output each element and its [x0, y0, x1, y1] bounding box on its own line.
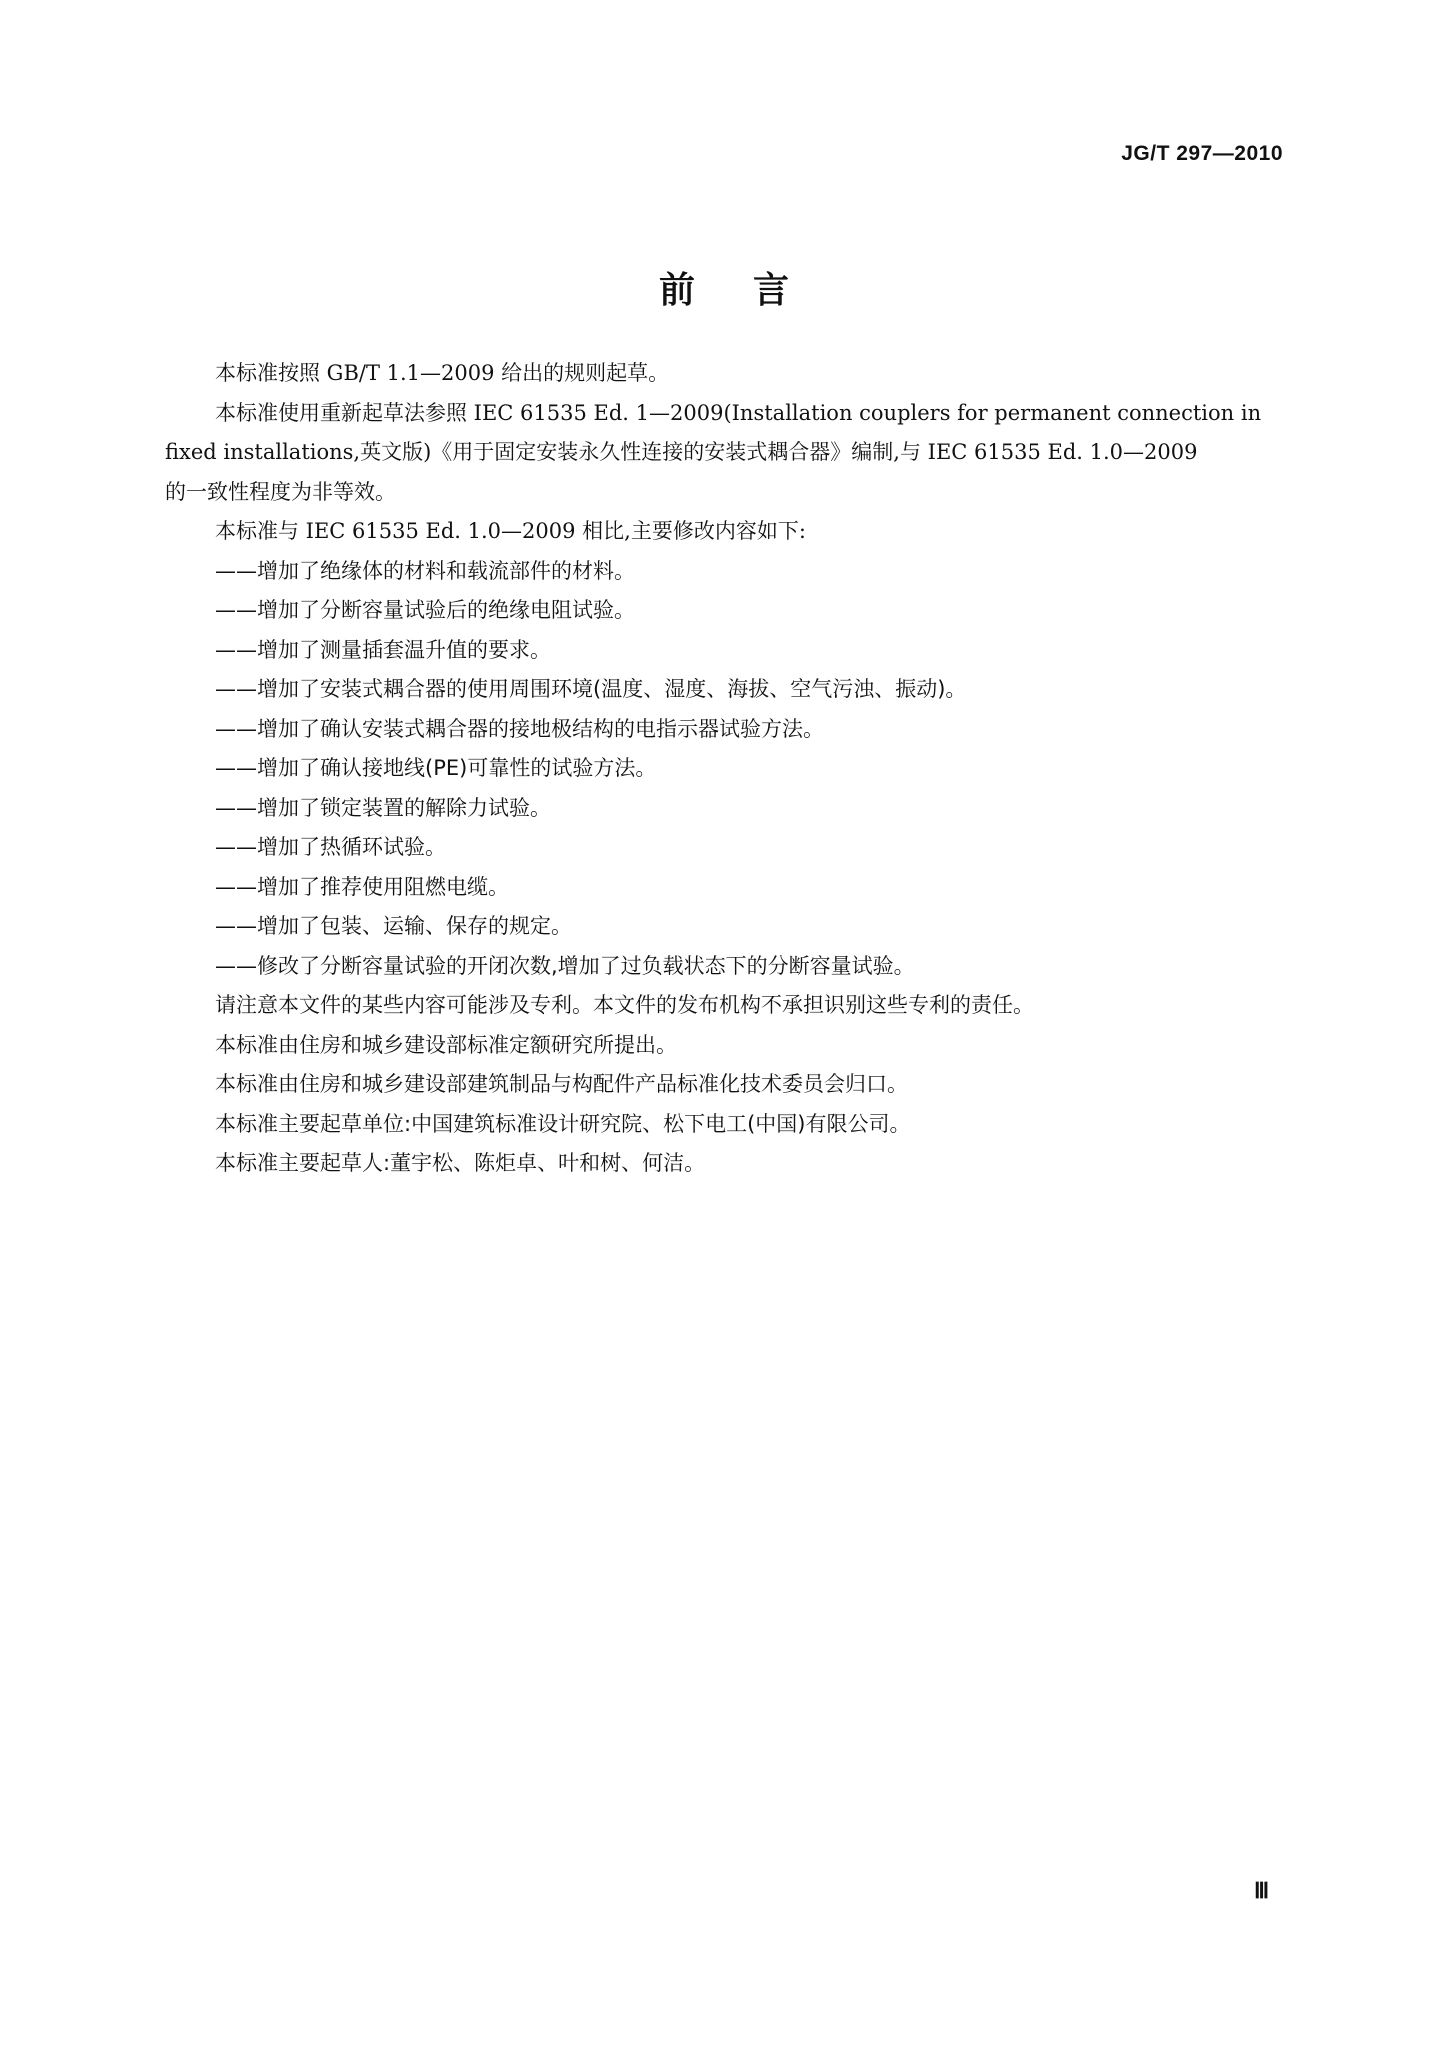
paragraph-line: 本标准按照 GB/T 1.1—2009 给出的规则起草。	[165, 354, 1285, 394]
page-number: Ⅲ	[1254, 1878, 1269, 1904]
list-item: ——增加了确认安装式耦合器的接地极结构的电指示器试验方法。	[165, 710, 1285, 750]
list-item: ——增加了分断容量试验后的绝缘电阻试验。	[165, 591, 1285, 631]
list-item: ——修改了分断容量试验的开闭次数,增加了过负载状态下的分断容量试验。	[165, 947, 1285, 987]
list-item: ——增加了绝缘体的材料和载流部件的材料。	[165, 552, 1285, 592]
drafters: 本标准主要起草人:董宇松、陈炬卓、叶和树、何洁。	[165, 1144, 1285, 1184]
drafting-units: 本标准主要起草单位:中国建筑标准设计研究院、松下电工(中国)有限公司。	[165, 1105, 1285, 1145]
list-item: ——增加了锁定装置的解除力试验。	[165, 789, 1285, 829]
proposer-statement: 本标准由住房和城乡建设部标准定额研究所提出。	[165, 1026, 1285, 1066]
paragraph-line: 本标准与 IEC 61535 Ed. 1.0—2009 相比,主要修改内容如下:	[165, 512, 1285, 552]
page-title: 前言	[0, 262, 1448, 313]
paragraph-line: 的一致性程度为非等效。	[165, 473, 1285, 513]
list-item: ——增加了安装式耦合器的使用周围环境(温度、湿度、海拔、空气污浊、振动)。	[165, 670, 1285, 710]
committee-statement: 本标准由住房和城乡建设部建筑制品与构配件产品标准化技术委员会归口。	[165, 1065, 1285, 1105]
standard-code-header: JG/T 297—2010	[1121, 142, 1283, 166]
patent-notice: 请注意本文件的某些内容可能涉及专利。本文件的发布机构不承担识别这些专利的责任。	[165, 986, 1285, 1026]
list-item: ——增加了包装、运输、保存的规定。	[165, 907, 1285, 947]
list-item: ——增加了推荐使用阻燃电缆。	[165, 868, 1285, 908]
paragraph-line: 本标准使用重新起草法参照 IEC 61535 Ed. 1—2009(Instal…	[165, 394, 1285, 434]
list-item: ——增加了确认接地线(PE)可靠性的试验方法。	[165, 749, 1285, 789]
list-item: ——增加了热循环试验。	[165, 828, 1285, 868]
list-item: ——增加了测量插套温升值的要求。	[165, 631, 1285, 671]
foreword-body: 本标准按照 GB/T 1.1—2009 给出的规则起草。 本标准使用重新起草法参…	[165, 354, 1285, 1184]
paragraph-line: fixed installations,英文版)《用于固定安装永久性连接的安装式…	[165, 433, 1285, 473]
